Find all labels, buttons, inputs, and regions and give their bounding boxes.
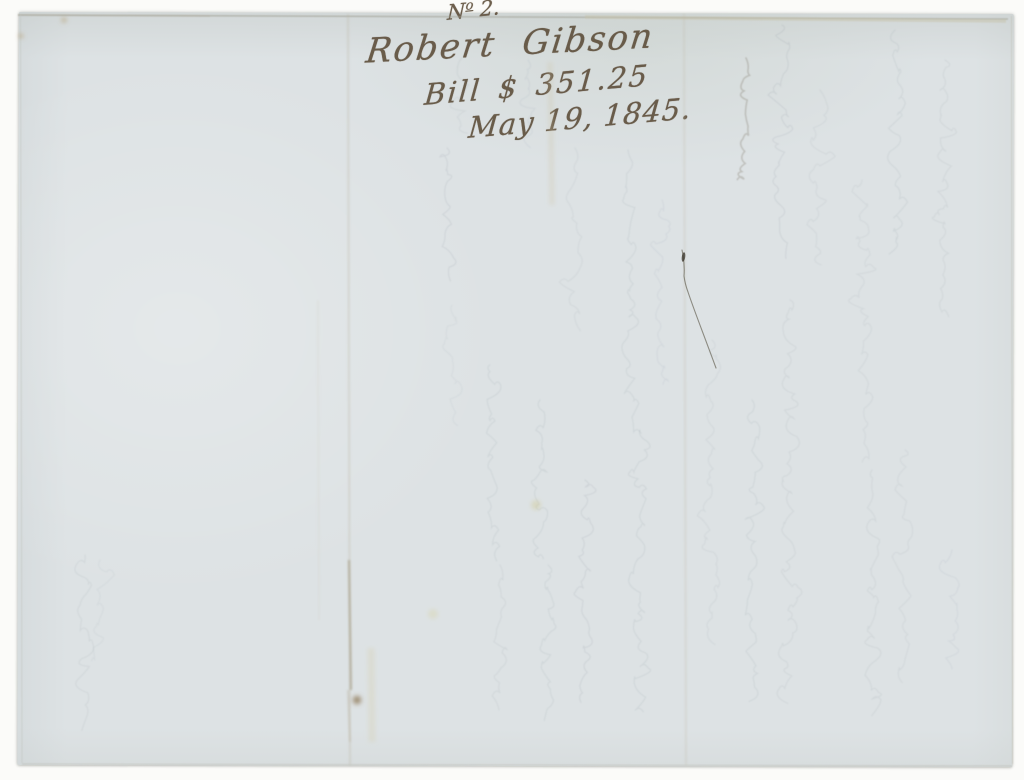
docket-number-ordinal: o bbox=[465, 0, 473, 14]
docket-number-value: 2. bbox=[479, 0, 500, 21]
docket-number-prefix: N bbox=[447, 0, 466, 25]
document-scan: No 2. Robert Gibson Bill $ 351.25 May 19… bbox=[0, 0, 1024, 780]
